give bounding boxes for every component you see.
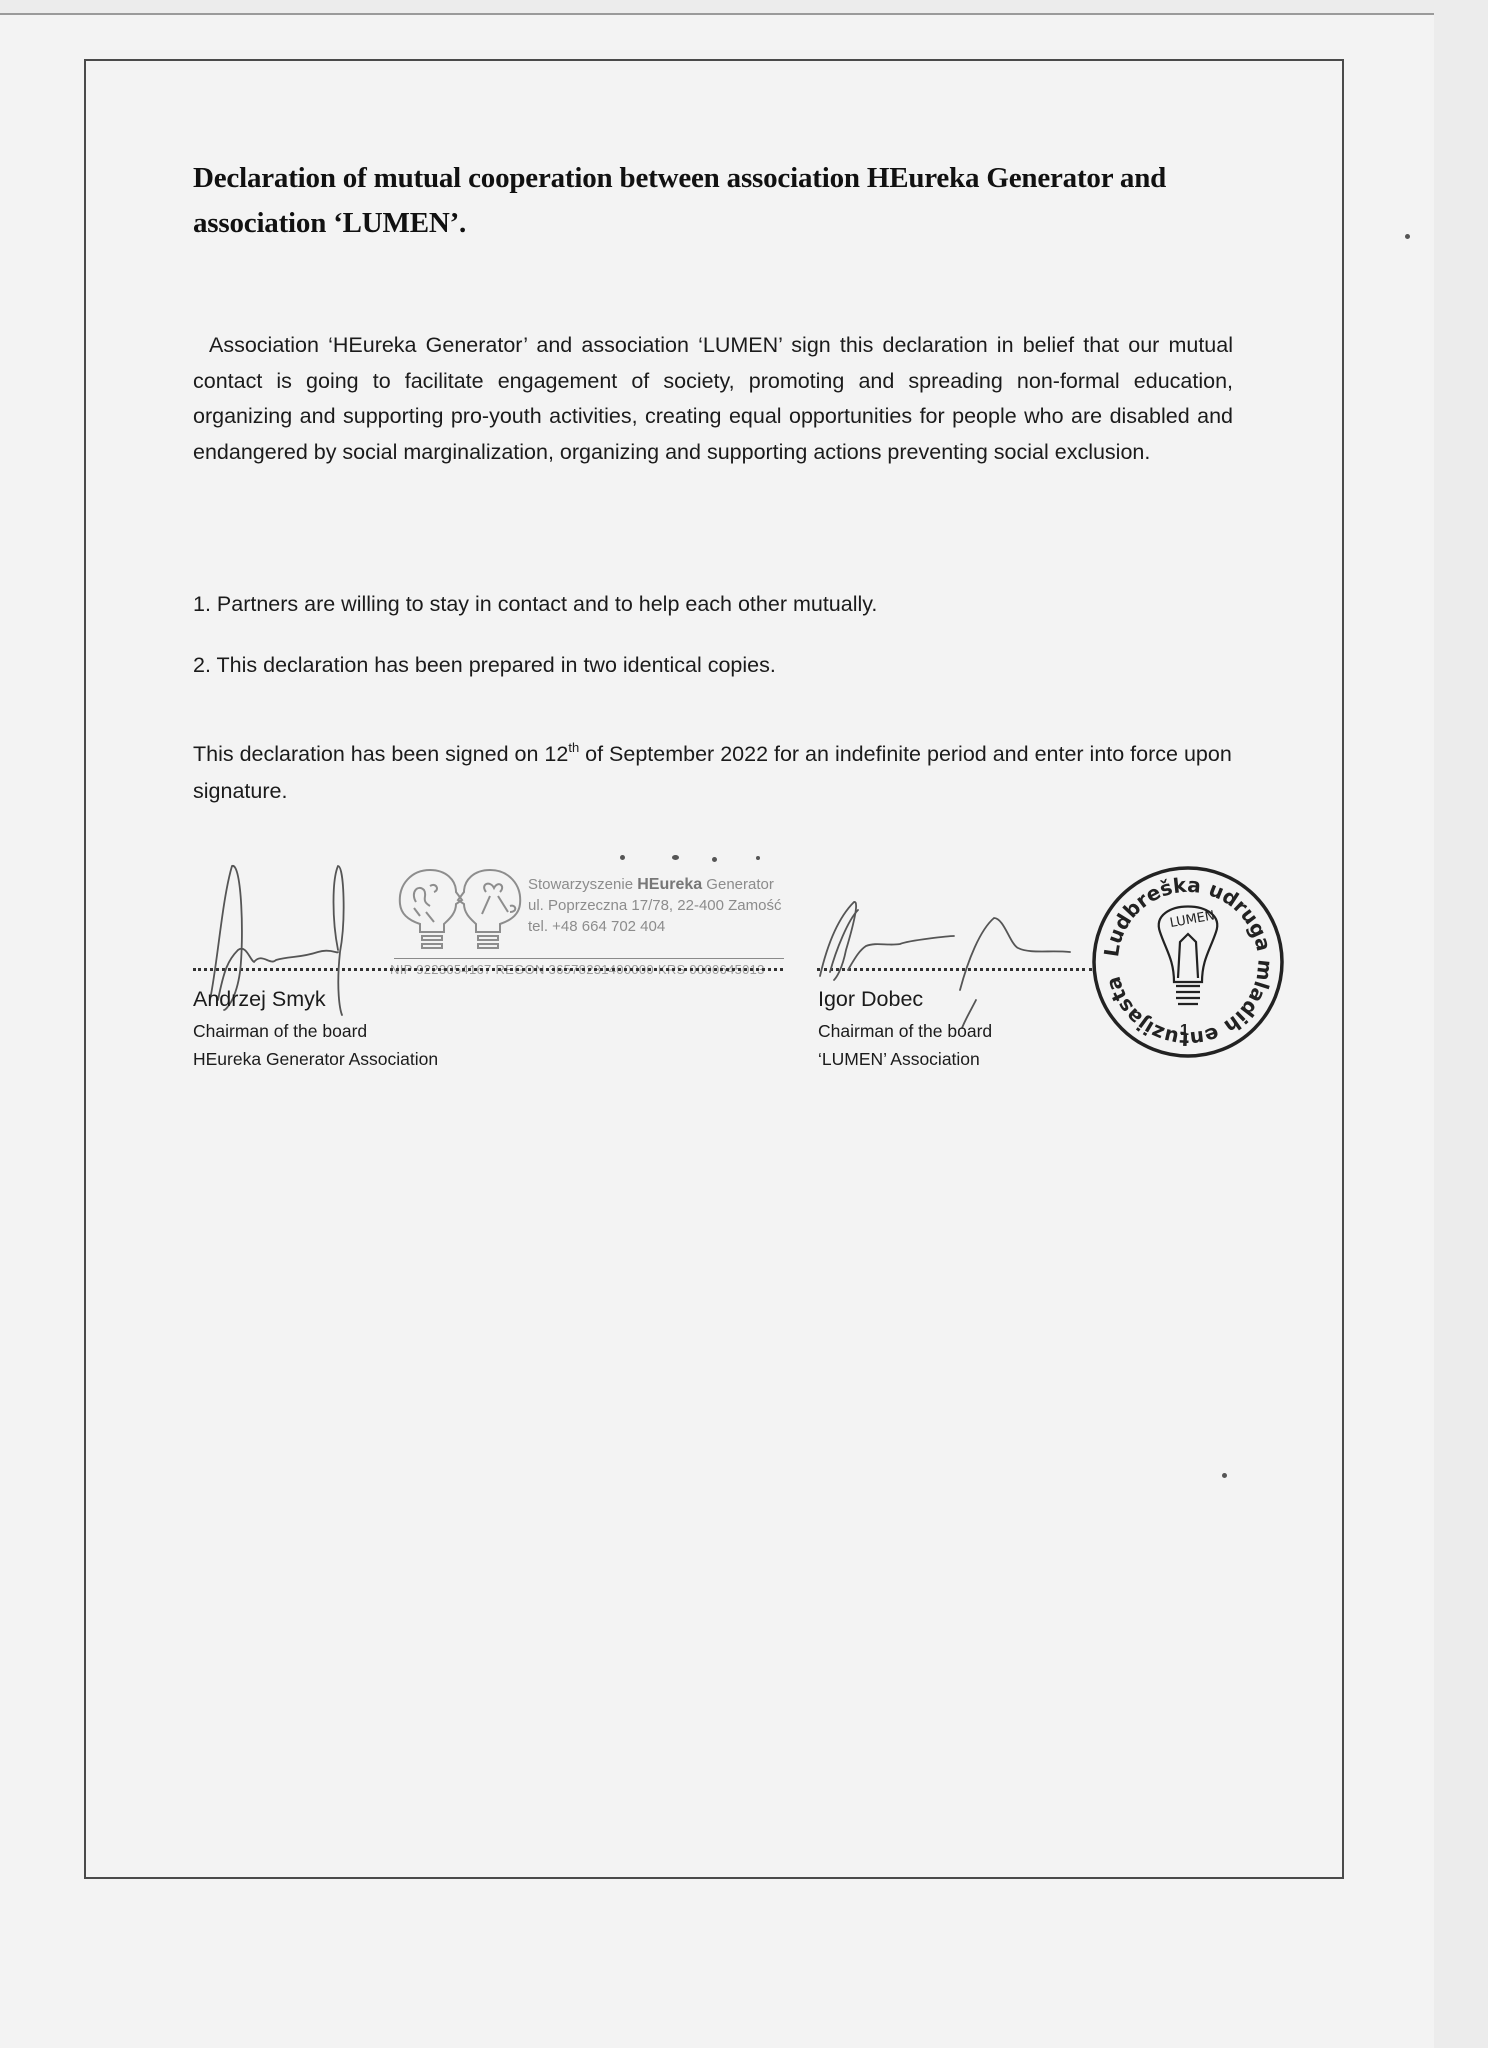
scan-speck bbox=[672, 855, 679, 860]
lumen-stamp-center-text: LUMEN bbox=[1169, 908, 1216, 931]
scan-speck bbox=[620, 855, 625, 860]
signing-ordinal: th bbox=[568, 740, 579, 755]
signature-line-right bbox=[817, 968, 1092, 971]
scan-speck bbox=[712, 857, 717, 862]
heureka-stamp-phone: tel. +48 664 702 404 bbox=[528, 916, 781, 937]
scan-speck bbox=[1405, 234, 1410, 239]
signatory-2-name: Igor Dobec bbox=[818, 985, 923, 1013]
heureka-stamp: Stowarzyszenie HEureka Generator ul. Pop… bbox=[390, 862, 790, 982]
signatory-2-role: Chairman of the board bbox=[818, 1018, 992, 1045]
heureka-stamp-text: Stowarzyszenie HEureka Generator ul. Pop… bbox=[528, 874, 781, 937]
document-title: Declaration of mutual cooperation betwee… bbox=[193, 156, 1253, 246]
signature-line-left bbox=[193, 968, 783, 971]
lumen-stamp: Ludbreška udruga mladih entuzijasta LUME… bbox=[1088, 862, 1288, 1062]
signing-text-before: This declaration has been signed on 12 bbox=[193, 742, 568, 766]
point-2: 2. This declaration has been prepared in… bbox=[193, 650, 776, 680]
lumen-stamp-number: 1 bbox=[1180, 1022, 1189, 1040]
signatory-1-organization: HEureka Generator Association bbox=[193, 1046, 438, 1073]
heureka-stamp-line-1: Stowarzyszenie HEureka Generator bbox=[528, 874, 781, 895]
signing-statement: This declaration has been signed on 12th… bbox=[193, 736, 1243, 810]
scan-speck bbox=[756, 856, 760, 860]
heureka-stamp-rule bbox=[394, 958, 784, 959]
signatory-1-name: Andrzej Smyk bbox=[193, 985, 326, 1013]
point-1: 1. Partners are willing to stay in conta… bbox=[193, 589, 877, 619]
lightbulb-heads-icon bbox=[390, 862, 530, 962]
signatory-1-role: Chairman of the board bbox=[193, 1018, 367, 1045]
heureka-stamp-address: ul. Poprzeczna 17/78, 22-400 Zamość bbox=[528, 895, 781, 916]
scan-speck bbox=[1222, 1473, 1227, 1478]
signatory-2-organization: ‘LUMEN’ Association bbox=[818, 1046, 980, 1073]
intro-paragraph: Association ‘HEureka Generator’ and asso… bbox=[193, 328, 1233, 470]
